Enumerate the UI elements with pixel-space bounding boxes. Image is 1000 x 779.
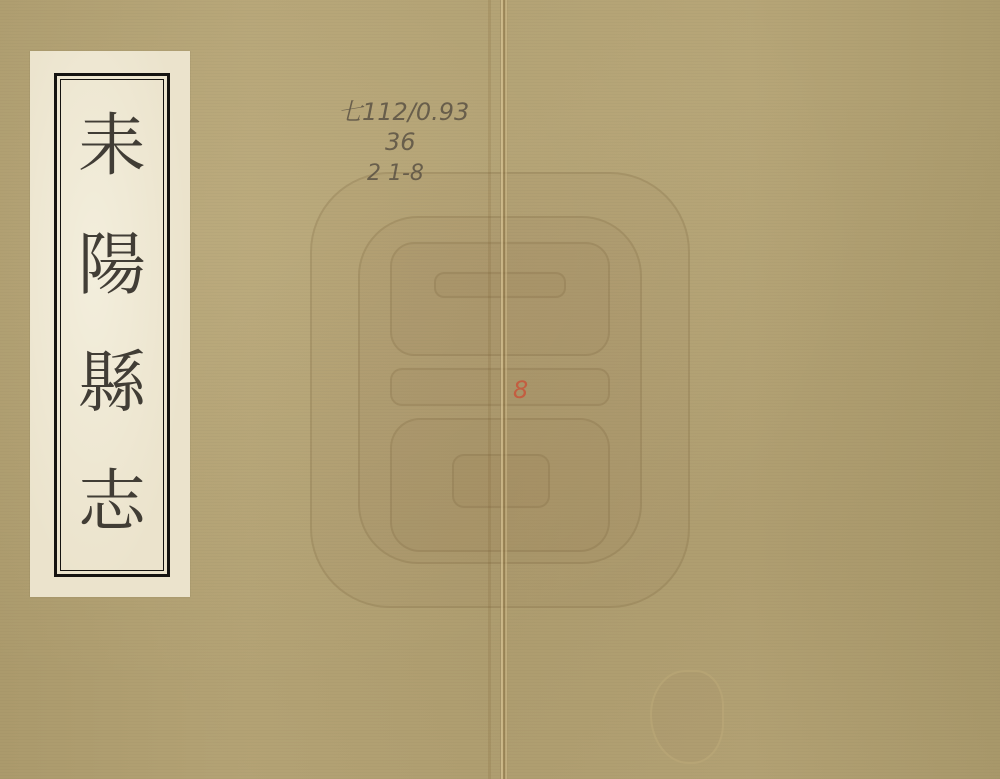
cover-crease [488, 0, 491, 779]
pencil-volume-number: 36 [385, 128, 416, 156]
title-char-2: 陽 [78, 232, 146, 300]
title-label-frame: 耒 陽 縣 志 [54, 73, 170, 577]
title-char-4: 志 [78, 469, 146, 537]
pencil-call-number: 七112/0.93 [338, 92, 469, 127]
title-label-slip: 耒 陽 縣 志 [30, 51, 190, 597]
spine-fold [500, 0, 508, 779]
paper-stain [650, 670, 724, 764]
title-char-3: 縣 [78, 350, 146, 418]
title-char-1: 耒 [78, 113, 146, 181]
title-label-inner-frame: 耒 陽 縣 志 [60, 79, 164, 571]
red-ink-mark: 8 [513, 376, 528, 404]
pencil-range: 2 1-8 [367, 161, 424, 186]
